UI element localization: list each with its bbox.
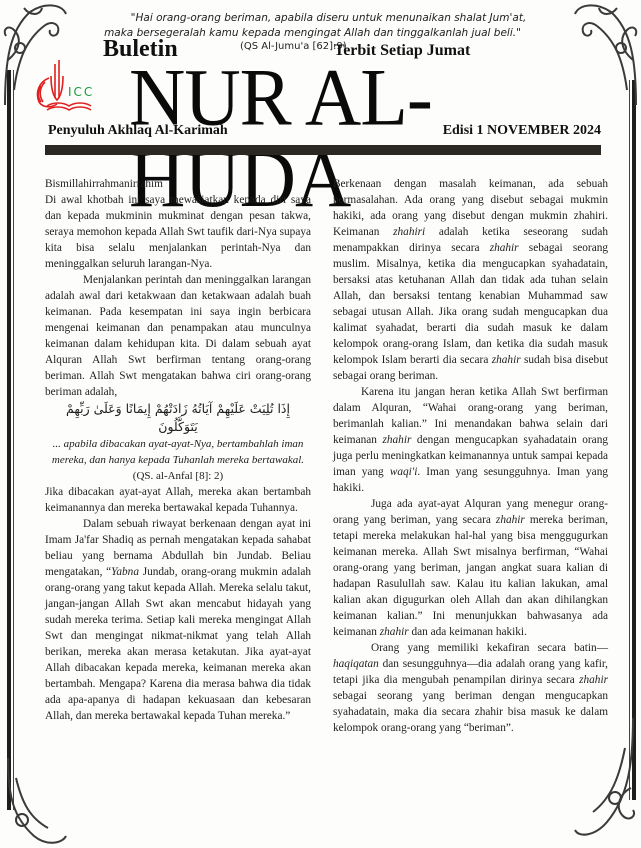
frame-border-left-inner xyxy=(13,70,14,810)
paragraph: Karena itu jangan heran ketika Allah Swt… xyxy=(333,384,608,496)
corner-ornament-bottom-right-icon xyxy=(571,718,641,848)
article-column-left: Bismillahirrahmanirrahim Di awal khotbah… xyxy=(45,176,311,724)
article-column-right: Berkenaan dengan masalah keimanan, ada s… xyxy=(333,176,608,736)
paragraph: Juga ada ayat-ayat Alquran yang menegur … xyxy=(333,496,608,640)
paragraph: Dalam sebuah riwayat berkenaan dengan ay… xyxy=(45,516,311,724)
opening-verse-line-1: "Hai orang-orang beriman, apabila diseru… xyxy=(8,12,641,24)
basmala: Bismillahirrahmanirrahim xyxy=(45,176,311,192)
header-divider-bar xyxy=(45,145,601,155)
corner-ornament-bottom-left-icon xyxy=(0,758,70,848)
paragraph: Jika dibacakan ayat-ayat Allah, mereka a… xyxy=(45,484,311,516)
arabic-verse: إِذَا تُلِيَتْ عَلَيْهِمْ آيَاتُهُ زَادَ… xyxy=(45,400,311,436)
tagline: Penyuluh Akhlaq Al-Karimah xyxy=(48,123,228,139)
paragraph: Di awal khotbah ini saya mewasiatkan kep… xyxy=(45,192,311,272)
opening-verse-line-2: maka bersegeralah kamu kepada mengingat … xyxy=(0,27,633,39)
logo-text: ICC xyxy=(68,85,94,99)
edition-date: Edisi 1 NOVEMBER 2024 xyxy=(443,123,601,139)
translation-reference: (QS. al-Anfal [8]: 2) xyxy=(133,470,223,482)
translation-text: ... apabila dibacakan ayat-ayat-Nya, ber… xyxy=(52,438,304,466)
icc-logo-icon: ICC xyxy=(33,58,105,114)
frame-border-left xyxy=(7,70,11,810)
verse-translation: ... apabila dibacakan ayat-ayat-Nya, ber… xyxy=(45,436,311,484)
paragraph: Orang yang memiliki kekafiran secara bat… xyxy=(333,640,608,736)
paragraph: Menjalankan perintah dan meninggalkan la… xyxy=(45,272,311,400)
paragraph: Berkenaan dengan masalah keimanan, ada s… xyxy=(333,176,608,384)
